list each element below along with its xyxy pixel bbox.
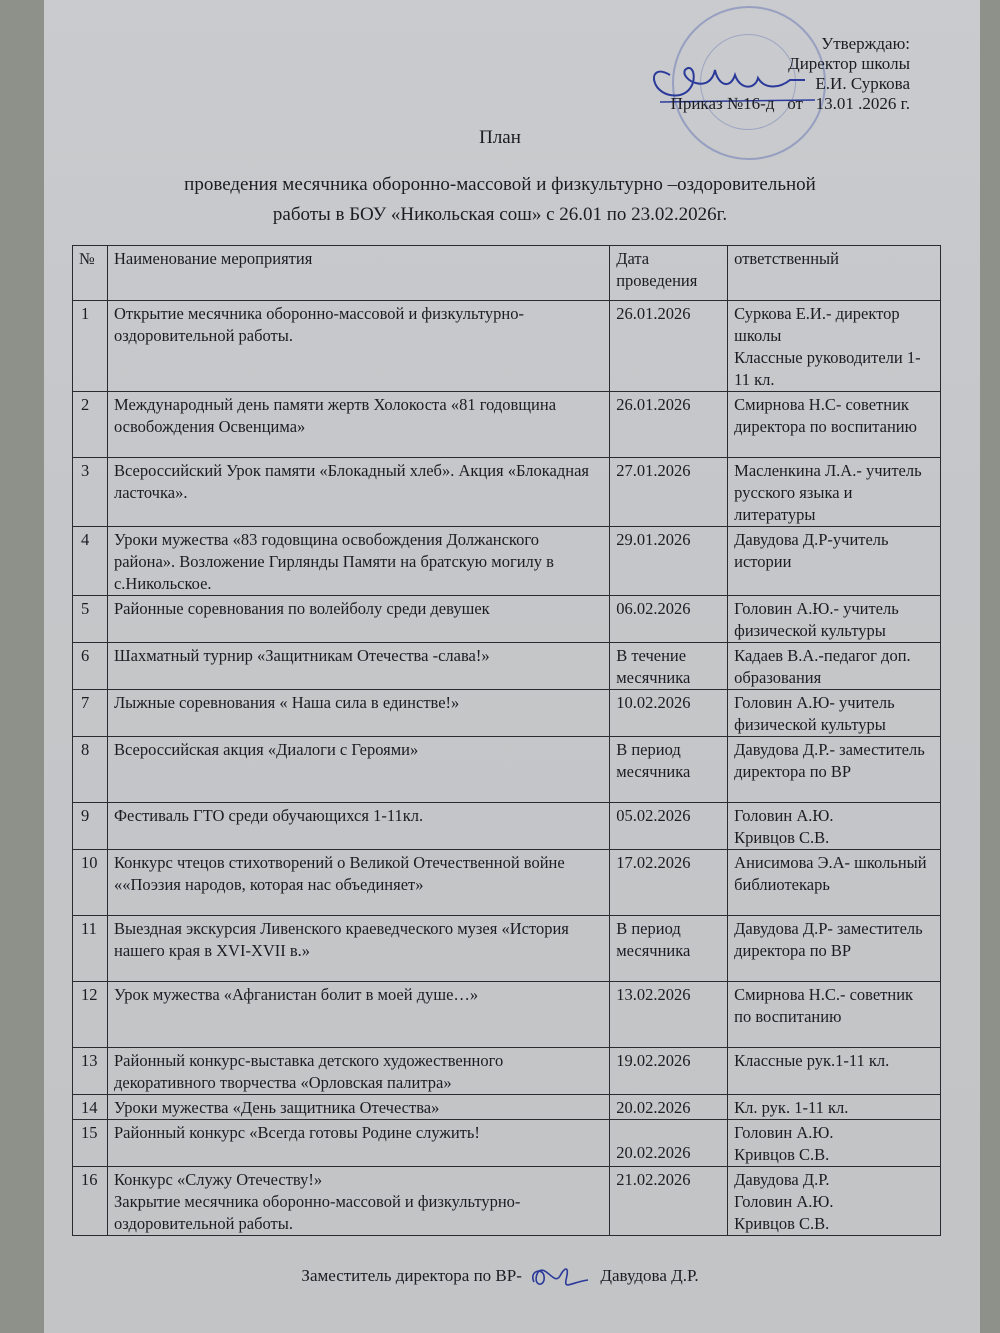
table-row: 13Районный конкурс-выставка детского худ… (73, 1048, 941, 1095)
table-row: 16Конкурс «Служу Отечеству!» Закрытие ме… (73, 1167, 941, 1236)
row-number: 4 (73, 527, 108, 596)
event-name: Всероссийская акция «Диалоги с Героями» (107, 737, 609, 803)
table-row: 6Шахматный турнир «Защитникам Отечества … (73, 643, 941, 690)
table-row: 2Международный день памяти жертв Холокос… (73, 392, 941, 458)
event-date: 17.02.2026 (610, 850, 728, 916)
table-row: 12Урок мужества «Афганистан болит в моей… (73, 982, 941, 1048)
row-number: 14 (73, 1095, 108, 1120)
event-name: Уроки мужества «День защитника Отечества… (107, 1095, 609, 1120)
event-date: 20.02.2026 (610, 1095, 728, 1120)
event-name: Районные соревнования по волейболу среди… (107, 596, 609, 643)
row-number: 16 (73, 1167, 108, 1236)
approval-block: Утверждаю: Директор школы Е.И. Суркова П… (671, 34, 910, 114)
footer-signature-line: Заместитель директора по ВР- Давудова Д.… (0, 1262, 1000, 1292)
table-row: 8Всероссийская акция «Диалоги с Героями»… (73, 737, 941, 803)
event-date: 26.01.2026 (610, 392, 728, 458)
header-date: Дата проведения (610, 246, 728, 301)
responsible-person: Головин А.Ю. Кривцов С.В. (728, 803, 941, 850)
event-date: В период месячника (610, 737, 728, 803)
event-name: Районный конкурс-выставка детского худож… (107, 1048, 609, 1095)
header-event-name: Наименование мероприятия (107, 246, 609, 301)
table-row: 11Выездная экскурсия Ливенского краеведч… (73, 916, 941, 982)
table-row: 15Районный конкурс «Всегда готовы Родине… (73, 1120, 941, 1167)
approval-label: Утверждаю: (671, 34, 910, 54)
event-name: Выездная экскурсия Ливенского краеведчес… (107, 916, 609, 982)
order-number: Приказ №16-д от 13.01 .2026 г. (671, 94, 910, 114)
event-name: Фестиваль ГТО среди обучающихся 1-11кл. (107, 803, 609, 850)
responsible-person: Кл. рук. 1-11 кл. (728, 1095, 941, 1120)
row-number: 2 (73, 392, 108, 458)
row-number: 3 (73, 458, 108, 527)
subtitle-line-2: работы в БОУ «Никольская сош» с 26.01 по… (0, 200, 1000, 230)
event-date: 06.02.2026 (610, 596, 728, 643)
event-date: В период месячника (610, 916, 728, 982)
event-name: Шахматный турнир «Защитникам Отечества -… (107, 643, 609, 690)
row-number: 10 (73, 850, 108, 916)
responsible-person: Кадаев В.А.-педагог доп. образования (728, 643, 941, 690)
event-name: Открытие месячника оборонно-массовой и ф… (107, 301, 609, 392)
responsible-person: Смирнова Н.С- советник директора по восп… (728, 392, 941, 458)
responsible-person: Масленкина Л.А.- учитель русского языка … (728, 458, 941, 527)
table-row: 14Уроки мужества «День защитника Отечест… (73, 1095, 941, 1120)
responsible-person: Анисимова Э.А- школьный библиотекарь (728, 850, 941, 916)
responsible-person: Классные рук.1-11 кл. (728, 1048, 941, 1095)
event-date: 10.02.2026 (610, 690, 728, 737)
event-date: 05.02.2026 (610, 803, 728, 850)
row-number: 11 (73, 916, 108, 982)
responsible-person: Суркова Е.И.- директор школы Классные ру… (728, 301, 941, 392)
footer-name: Давудова Д.Р. (600, 1266, 698, 1285)
document-title: План (0, 127, 1000, 149)
row-number: 7 (73, 690, 108, 737)
header-number: № (73, 246, 108, 301)
responsible-person: Головин А.Ю.- учитель физической культур… (728, 596, 941, 643)
document-subtitle: проведения месячника оборонно-массовой и… (0, 170, 1000, 230)
table-row: 4Уроки мужества «83 годовщина освобожден… (73, 527, 941, 596)
responsible-person: Головин А.Ю- учитель физической культуры (728, 690, 941, 737)
footer-position: Заместитель директора по ВР- (301, 1266, 521, 1285)
event-date: 27.01.2026 (610, 458, 728, 527)
table-row: 9Фестиваль ГТО среди обучающихся 1-11кл.… (73, 803, 941, 850)
event-name: Лыжные соревнования « Наша сила в единст… (107, 690, 609, 737)
event-name: Конкурс «Служу Отечеству!» Закрытие меся… (107, 1167, 609, 1236)
event-date: 26.01.2026 (610, 301, 728, 392)
event-name: Уроки мужества «83 годовщина освобождени… (107, 527, 609, 596)
row-number: 12 (73, 982, 108, 1048)
table-row: 7Лыжные соревнования « Наша сила в единс… (73, 690, 941, 737)
responsible-person: Давудова Д.Р- заместитель директора по В… (728, 916, 941, 982)
row-number: 8 (73, 737, 108, 803)
approver-position: Директор школы (671, 54, 910, 74)
row-number: 9 (73, 803, 108, 850)
responsible-person: Смирнова Н.С.- советник по воспитанию (728, 982, 941, 1048)
responsible-person: Давудова Д.Р. Головин А.Ю. Кривцов С.В. (728, 1167, 941, 1236)
event-name: Международный день памяти жертв Холокост… (107, 392, 609, 458)
event-name: Районный конкурс «Всегда готовы Родине с… (107, 1120, 609, 1167)
event-name: Конкурс чтецов стихотворений о Великой О… (107, 850, 609, 916)
event-date: В течение месячника (610, 643, 728, 690)
approver-name: Е.И. Суркова (671, 74, 910, 94)
deputy-signature (526, 1262, 596, 1292)
table-header-row: № Наименование мероприятия Дата проведен… (73, 246, 941, 301)
events-table: № Наименование мероприятия Дата проведен… (72, 245, 941, 1236)
responsible-person: Головин А.Ю. Кривцов С.В. (728, 1120, 941, 1167)
row-number: 13 (73, 1048, 108, 1095)
event-date: 19.02.2026 (610, 1048, 728, 1095)
row-number: 15 (73, 1120, 108, 1167)
subtitle-line-1: проведения месячника оборонно-массовой и… (0, 170, 1000, 200)
row-number: 5 (73, 596, 108, 643)
event-date: 21.02.2026 (610, 1167, 728, 1236)
event-name: Всероссийский Урок памяти «Блокадный хле… (107, 458, 609, 527)
table-row: 3Всероссийский Урок памяти «Блокадный хл… (73, 458, 941, 527)
table-row: 1Открытие месячника оборонно-массовой и … (73, 301, 941, 392)
table-body: 1Открытие месячника оборонно-массовой и … (73, 301, 941, 1236)
header-responsible: ответственный (728, 246, 941, 301)
event-date: 29.01.2026 (610, 527, 728, 596)
table-row: 5Районные соревнования по волейболу сред… (73, 596, 941, 643)
responsible-person: Давудова Д.Р-учитель истории (728, 527, 941, 596)
event-date: 20.02.2026 (610, 1120, 728, 1167)
event-name: Урок мужества «Афганистан болит в моей д… (107, 982, 609, 1048)
table-row: 10Конкурс чтецов стихотворений о Великой… (73, 850, 941, 916)
row-number: 1 (73, 301, 108, 392)
row-number: 6 (73, 643, 108, 690)
event-date: 13.02.2026 (610, 982, 728, 1048)
responsible-person: Давудова Д.Р.- заместитель директора по … (728, 737, 941, 803)
